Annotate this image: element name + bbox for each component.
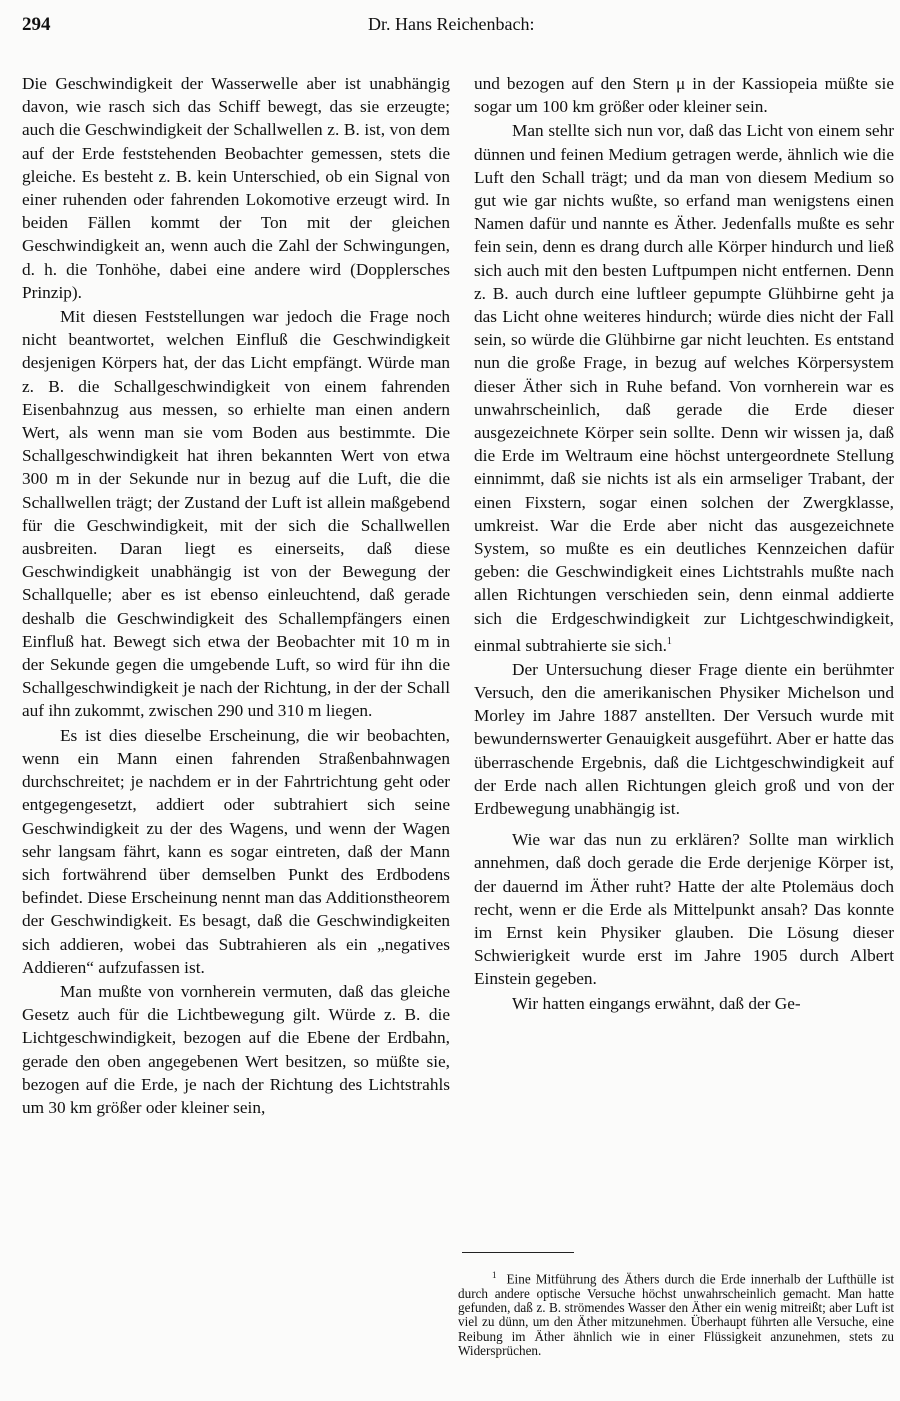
right-column: und bezogen auf den Stern μ in der Kassi… [474,72,894,1015]
page-header: 294 Dr. Hans Reichenbach: [20,14,880,44]
paragraph-text: Man stellte sich nun vor, daß das Licht … [474,121,894,654]
paragraph: Die Geschwindigkeit der Wasserwelle aber… [22,72,450,304]
footnote-marker: 1 [492,1270,497,1280]
page-number: 294 [22,14,51,36]
paragraph: Wir hatten eingangs erwähnt, daß der Ge- [474,992,894,1015]
paragraph: und bezogen auf den Stern μ in der Kassi… [474,72,894,118]
running-head: Dr. Hans Reichenbach: [368,14,534,35]
footnote-text: Eine Mitführung des Äthers durch die Erd… [458,1271,894,1357]
paragraph: Wie war das nun zu erklären? Sollte man … [474,828,894,990]
footnote-divider [462,1252,574,1253]
paragraph: Es ist dies dieselbe Erscheinung, die wi… [22,724,450,979]
paragraph: Man mußte von vornherein vermuten, daß d… [22,980,450,1119]
paragraph: Man stellte sich nun vor, daß das Licht … [474,119,894,656]
footnote: 1Eine Mitführung des Äthers durch die Er… [458,1268,894,1358]
footnote-reference[interactable]: 1 [667,636,672,647]
paragraph: Der Untersuchung dieser Frage diente ein… [474,658,894,820]
paragraph: Mit diesen Feststellungen war jedoch die… [22,305,450,723]
left-column: Die Geschwindigkeit der Wasserwelle aber… [22,72,450,1119]
